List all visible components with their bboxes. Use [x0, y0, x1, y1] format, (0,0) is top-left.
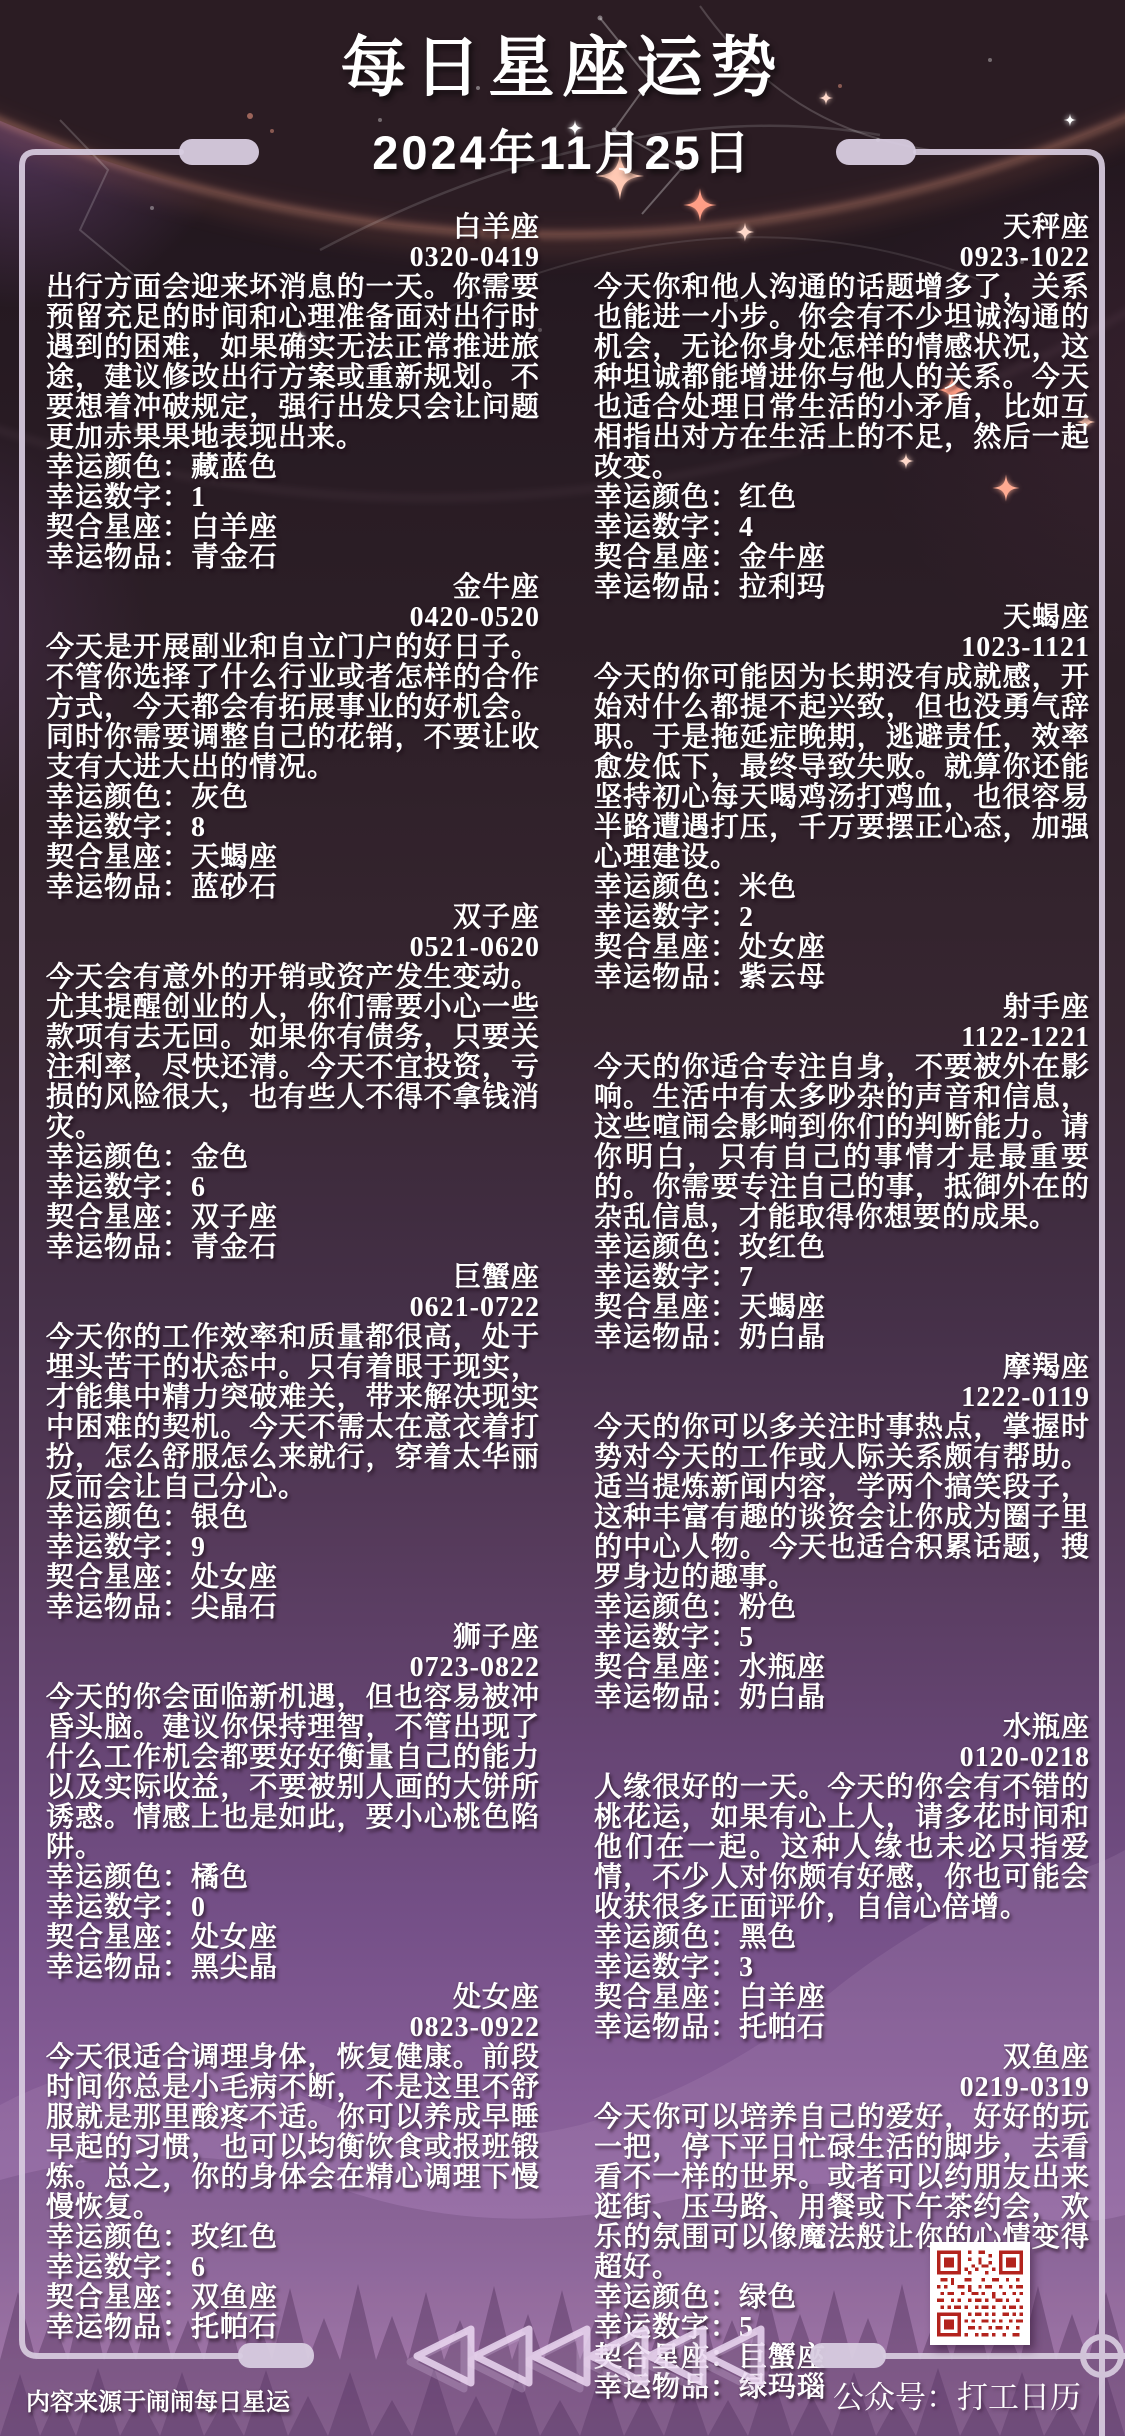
lucky-color-line: 幸运颜色：红色 [594, 483, 1090, 513]
lucky-item-line: 幸运物品：奶白晶 [594, 1683, 1090, 1713]
zodiac-fortune-text: 今天很适合调理身体，恢复健康。前段时间你总是小毛病不断，不是这里不舒服就是那里酸… [46, 2043, 540, 2223]
lucky-item-line: 幸运物品：紫云母 [594, 963, 1090, 993]
lucky-item-value: 蓝砂石 [191, 872, 278, 903]
lucky-item-value: 奶白晶 [739, 1322, 826, 1353]
zodiac-name: 天秤座 [594, 213, 1090, 243]
lucky-item-value: 拉利玛 [739, 572, 826, 603]
lucky-number-value: 5 [739, 1622, 754, 1653]
match-sign-line: 契合星座：水瓶座 [594, 1653, 1090, 1683]
lucky-number-line: 幸运数字：0 [46, 1893, 540, 1923]
zodiac-section-cancer: 巨蟹座 0621-0722 今天你的工作效率和质量都很高，处于埋头苦干的状态中。… [46, 1263, 540, 1623]
lucky-item-label: 幸运物品： [594, 572, 739, 603]
lucky-item-value: 奶白晶 [739, 1682, 826, 1713]
lucky-item-value: 青金石 [191, 1232, 278, 1263]
match-sign-label: 契合星座： [594, 1982, 739, 2013]
lucky-color-value: 橘色 [191, 1862, 249, 1893]
lucky-item-line: 幸运物品：青金石 [46, 543, 540, 573]
lucky-number-value: 5 [739, 2312, 754, 2343]
match-sign-value: 双鱼座 [191, 2282, 278, 2313]
zodiac-section-taurus: 金牛座 0420-0520 今天是开展副业和自立门户的好日子。不管你选择了什么行… [46, 573, 540, 903]
match-sign-line: 契合星座：天蝎座 [46, 843, 540, 873]
lucky-color-label: 幸运颜色： [46, 1502, 191, 1533]
lucky-color-value: 绿色 [739, 2282, 797, 2313]
lucky-number-value: 2 [739, 902, 754, 933]
lucky-item-line: 幸运物品：拉利玛 [594, 573, 1090, 603]
lucky-color-value: 银色 [191, 1502, 249, 1533]
lucky-item-value: 托帕石 [739, 2012, 826, 2043]
footer-account-text: 公众号：打工日历 [833, 2372, 1081, 2417]
lucky-color-label: 幸运颜色： [46, 1862, 191, 1893]
lucky-color-line: 幸运颜色：粉色 [594, 1593, 1090, 1623]
lucky-item-value: 托帕石 [191, 2312, 278, 2343]
lucky-color-value: 玫红色 [191, 2222, 278, 2253]
match-sign-label: 契合星座： [594, 542, 739, 573]
qr-code [930, 2242, 1030, 2345]
zodiac-date-range: 0219-0319 [594, 2073, 1090, 2103]
match-sign-value: 处女座 [191, 1562, 278, 1593]
lucky-color-line: 幸运颜色：黑色 [594, 1923, 1090, 1953]
lucky-number-label: 幸运数字： [46, 482, 191, 513]
lucky-item-label: 幸运物品： [46, 2312, 191, 2343]
zodiac-name: 天蝎座 [594, 603, 1090, 633]
lucky-item-value: 绿玛瑙 [739, 2372, 826, 2403]
zodiac-fortune-text: 人缘很好的一天。今天的你会有不错的桃花运，如果有心上人，请多花时间和他们在一起。… [594, 1773, 1090, 1923]
match-sign-line: 契合星座：处女座 [46, 1563, 540, 1593]
lucky-number-line: 幸运数字：5 [594, 1623, 1090, 1653]
match-sign-line: 契合星座：双鱼座 [46, 2283, 540, 2313]
lucky-number-line: 幸运数字：4 [594, 513, 1090, 543]
zodiac-section-virgo: 处女座 0823-0922 今天很适合调理身体，恢复健康。前段时间你总是小毛病不… [46, 1983, 540, 2343]
match-sign-label: 契合星座： [46, 1202, 191, 1233]
lucky-item-value: 紫云母 [739, 962, 826, 993]
zodiac-section-aries: 白羊座 0320-0419 出行方面会迎来坏消息的一天。你需要预留充足的时间和心… [46, 213, 540, 573]
lucky-color-line: 幸运颜色：橘色 [46, 1863, 540, 1893]
lucky-color-line: 幸运颜色：玫红色 [594, 1233, 1090, 1263]
zodiac-fortune-text: 今天你和他人沟通的话题增多了，关系也能进一小步。你会有不少坦诚沟通的机会，无论你… [594, 273, 1090, 483]
zodiac-name: 双鱼座 [594, 2043, 1090, 2073]
lucky-color-value: 藏蓝色 [191, 452, 278, 483]
lucky-item-value: 黑尖晶 [191, 1952, 278, 1983]
lucky-number-label: 幸运数字： [594, 2312, 739, 2343]
zodiac-fortune-text: 今天的你会面临新机遇，但也容易被冲昏头脑。建议你保持理智，不管出现了什么工作机会… [46, 1683, 540, 1863]
lucky-color-label: 幸运颜色： [46, 2222, 191, 2253]
match-sign-value: 金牛座 [739, 542, 826, 573]
zodiac-date-range: 0823-0922 [46, 2013, 540, 2043]
zodiac-name: 金牛座 [46, 573, 540, 603]
zodiac-fortune-text: 出行方面会迎来坏消息的一天。你需要预留充足的时间和心理准备面对出行时遇到的困难，… [46, 273, 540, 453]
lucky-color-label: 幸运颜色： [594, 1922, 739, 1953]
lucky-color-label: 幸运颜色： [46, 452, 191, 483]
zodiac-name: 处女座 [46, 1983, 540, 2013]
match-sign-line: 契合星座：处女座 [594, 933, 1090, 963]
lucky-number-line: 幸运数字：8 [46, 813, 540, 843]
lucky-color-value: 米色 [739, 872, 797, 903]
match-sign-value: 双子座 [191, 1202, 278, 1233]
lucky-number-line: 幸运数字：9 [46, 1533, 540, 1563]
zodiac-section-libra: 天秤座 0923-1022 今天你和他人沟通的话题增多了，关系也能进一小步。你会… [594, 213, 1090, 603]
match-sign-label: 契合星座： [46, 512, 191, 543]
match-sign-line: 契合星座：处女座 [46, 1923, 540, 1953]
qr-code-pattern [937, 2249, 1023, 2338]
lucky-number-value: 0 [191, 1892, 206, 1923]
lucky-number-value: 7 [739, 1262, 754, 1293]
zodiac-date-range: 1023-1121 [594, 633, 1090, 663]
lucky-item-line: 幸运物品：奶白晶 [594, 1323, 1090, 1353]
zodiac-date-range: 0923-1022 [594, 243, 1090, 273]
zodiac-date-range: 0320-0419 [46, 243, 540, 273]
lucky-item-label: 幸运物品： [594, 2012, 739, 2043]
lucky-number-label: 幸运数字： [594, 1952, 739, 1983]
lucky-color-line: 幸运颜色：米色 [594, 873, 1090, 903]
zodiac-name: 白羊座 [46, 213, 540, 243]
match-sign-label: 契合星座： [46, 1922, 191, 1953]
lucky-number-value: 3 [739, 1952, 754, 1983]
left-column: 白羊座 0320-0419 出行方面会迎来坏消息的一天。你需要预留充足的时间和心… [46, 213, 540, 2343]
lucky-color-value: 粉色 [739, 1592, 797, 1623]
lucky-item-label: 幸运物品： [594, 1682, 739, 1713]
match-sign-value: 白羊座 [739, 1982, 826, 2013]
lucky-color-line: 幸运颜色：银色 [46, 1503, 540, 1533]
lucky-number-line: 幸运数字：6 [46, 2253, 540, 2283]
zodiac-date-range: 1122-1221 [594, 1023, 1090, 1053]
lucky-item-line: 幸运物品：青金石 [46, 1233, 540, 1263]
zodiac-section-sagittarius: 射手座 1122-1221 今天的你适合专注自身，不要被外在影响。生活中有太多吵… [594, 993, 1090, 1353]
lucky-number-label: 幸运数字： [46, 1532, 191, 1563]
zodiac-fortune-text: 今天会有意外的开销或资产发生变动。尤其提醒创业的人，你们需要小心一些款项有去无回… [46, 963, 540, 1143]
zodiac-section-leo: 狮子座 0723-0822 今天的你会面临新机遇，但也容易被冲昏头脑。建议你保持… [46, 1623, 540, 1983]
zodiac-name: 摩羯座 [594, 1353, 1090, 1383]
lucky-item-label: 幸运物品： [46, 872, 191, 903]
match-sign-value: 巨蟹座 [739, 2342, 826, 2373]
match-sign-label: 契合星座： [594, 1652, 739, 1683]
lucky-item-value: 尖晶石 [191, 1592, 278, 1623]
zodiac-date-range: 0521-0620 [46, 933, 540, 963]
lucky-item-label: 幸运物品： [594, 962, 739, 993]
match-sign-line: 契合星座：白羊座 [594, 1983, 1090, 2013]
match-sign-value: 白羊座 [191, 512, 278, 543]
lucky-color-line: 幸运颜色：藏蓝色 [46, 453, 540, 483]
lucky-color-line: 幸运颜色：金色 [46, 1143, 540, 1173]
match-sign-label: 契合星座： [594, 2342, 739, 2373]
lucky-color-label: 幸运颜色： [594, 482, 739, 513]
lucky-color-label: 幸运颜色： [46, 782, 191, 813]
match-sign-label: 契合星座： [46, 2282, 191, 2313]
lucky-number-line: 幸运数字：3 [594, 1953, 1090, 1983]
match-sign-label: 契合星座： [594, 932, 739, 963]
lucky-color-value: 金色 [191, 1142, 249, 1173]
lucky-number-value: 6 [191, 2252, 206, 2283]
zodiac-fortune-text: 今天你的工作效率和质量都很高，处于埋头苦干的状态中。只有着眼于现实，才能集中精力… [46, 1323, 540, 1503]
zodiac-date-range: 0120-0218 [594, 1743, 1090, 1773]
lucky-item-label: 幸运物品： [46, 542, 191, 573]
zodiac-fortune-text: 今天的你可以多关注时事热点，掌握时势对今天的工作或人际关系颇有帮助。适当提炼新闻… [594, 1413, 1090, 1593]
zodiac-section-capricorn: 摩羯座 1222-0119 今天的你可以多关注时事热点，掌握时势对今天的工作或人… [594, 1353, 1090, 1713]
lucky-number-label: 幸运数字： [594, 1622, 739, 1653]
match-sign-value: 天蝎座 [191, 842, 278, 873]
lucky-number-label: 幸运数字： [594, 902, 739, 933]
lucky-color-value: 红色 [739, 482, 797, 513]
match-sign-line: 契合星座：双子座 [46, 1203, 540, 1233]
zodiac-name: 巨蟹座 [46, 1263, 540, 1293]
lucky-item-label: 幸运物品： [46, 1952, 191, 1983]
page-title: 每日星座运势 [0, 14, 1125, 109]
lucky-number-label: 幸运数字： [46, 812, 191, 843]
match-sign-label: 契合星座： [46, 842, 191, 873]
lucky-color-value: 黑色 [739, 1922, 797, 1953]
lucky-color-label: 幸运颜色： [594, 872, 739, 903]
lucky-number-label: 幸运数字： [46, 1892, 191, 1923]
lucky-number-line: 幸运数字：6 [46, 1173, 540, 1203]
lucky-item-value: 青金石 [191, 542, 278, 573]
lucky-color-label: 幸运颜色： [46, 1142, 191, 1173]
lucky-item-label: 幸运物品： [46, 1592, 191, 1623]
zodiac-name: 射手座 [594, 993, 1090, 1023]
lucky-number-label: 幸运数字： [594, 512, 739, 543]
lucky-item-label: 幸运物品： [46, 1232, 191, 1263]
lucky-number-line: 幸运数字：1 [46, 483, 540, 513]
lucky-color-value: 玫红色 [739, 1232, 826, 1263]
match-sign-value: 处女座 [191, 1922, 278, 1953]
zodiac-date-range: 0723-0822 [46, 1653, 540, 1683]
zodiac-section-scorpio: 天蝎座 1023-1121 今天的你可能因为长期没有成就感，开始对什么都提不起兴… [594, 603, 1090, 993]
lucky-item-line: 幸运物品：尖晶石 [46, 1593, 540, 1623]
lucky-item-label: 幸运物品： [594, 1322, 739, 1353]
match-sign-value: 天蝎座 [739, 1292, 826, 1323]
zodiac-date-range: 1222-0119 [594, 1383, 1090, 1413]
lucky-item-line: 幸运物品：托帕石 [46, 2313, 540, 2343]
zodiac-name: 狮子座 [46, 1623, 540, 1653]
lucky-number-value: 8 [191, 812, 206, 843]
lucky-color-value: 灰色 [191, 782, 249, 813]
zodiac-section-pisces: 双鱼座 0219-0319 今天你可以培养自己的爱好，好好的玩一把，停下平日忙碌… [594, 2043, 1090, 2403]
lucky-item-line: 幸运物品：黑尖晶 [46, 1953, 540, 1983]
lucky-color-line: 幸运颜色：灰色 [46, 783, 540, 813]
lucky-color-line: 幸运颜色：玫红色 [46, 2223, 540, 2253]
match-sign-label: 契合星座： [594, 1292, 739, 1323]
right-column: 天秤座 0923-1022 今天你和他人沟通的话题增多了，关系也能进一小步。你会… [594, 213, 1090, 2403]
lucky-number-value: 1 [191, 482, 206, 513]
lucky-number-value: 4 [739, 512, 754, 543]
zodiac-fortune-text: 今天的你可能因为长期没有成就感，开始对什么都提不起兴致，但也没勇气辞职。于是拖延… [594, 663, 1090, 873]
zodiac-name: 水瓶座 [594, 1713, 1090, 1743]
lucky-number-value: 9 [191, 1532, 206, 1563]
lucky-number-label: 幸运数字： [46, 2252, 191, 2283]
lucky-color-label: 幸运颜色： [594, 2282, 739, 2313]
zodiac-name: 双子座 [46, 903, 540, 933]
zodiac-fortune-text: 今天是开展副业和自立门户的好日子。不管你选择了什么行业或者怎样的合作方式，今天都… [46, 633, 540, 783]
lucky-number-label: 幸运数字： [46, 1172, 191, 1203]
lucky-number-line: 幸运数字：7 [594, 1263, 1090, 1293]
match-sign-line: 契合星座：天蝎座 [594, 1293, 1090, 1323]
horoscope-poster: 每日星座运势 2024年11月25日 白羊座 0320-0419 出行方面会迎来… [0, 0, 1125, 2436]
zodiac-date-range: 0621-0722 [46, 1293, 540, 1323]
match-sign-line: 契合星座：金牛座 [594, 543, 1090, 573]
footer-source-text: 内容来源于闹闹每日星运 [26, 2382, 290, 2417]
page-date: 2024年11月25日 [0, 116, 1125, 183]
match-sign-label: 契合星座： [46, 1562, 191, 1593]
match-sign-line: 契合星座：白羊座 [46, 513, 540, 543]
lucky-item-line: 幸运物品：蓝砂石 [46, 873, 540, 903]
lucky-color-label: 幸运颜色： [594, 1592, 739, 1623]
lucky-item-label: 幸运物品： [594, 2372, 739, 2403]
lucky-color-label: 幸运颜色： [594, 1232, 739, 1263]
match-sign-line: 契合星座：巨蟹座 [594, 2343, 1090, 2373]
lucky-number-value: 6 [191, 1172, 206, 1203]
lucky-number-label: 幸运数字： [594, 1262, 739, 1293]
zodiac-fortune-text: 今天的你适合专注自身，不要被外在影响。生活中有太多吵杂的声音和信息，这些喧闹会影… [594, 1053, 1090, 1233]
zodiac-section-aquarius: 水瓶座 0120-0218 人缘很好的一天。今天的你会有不错的桃花运，如果有心上… [594, 1713, 1090, 2043]
lucky-item-line: 幸运物品：托帕石 [594, 2013, 1090, 2043]
match-sign-value: 处女座 [739, 932, 826, 963]
zodiac-date-range: 0420-0520 [46, 603, 540, 633]
match-sign-value: 水瓶座 [739, 1652, 826, 1683]
zodiac-section-gemini: 双子座 0521-0620 今天会有意外的开销或资产发生变动。尤其提醒创业的人，… [46, 903, 540, 1263]
lucky-number-line: 幸运数字：2 [594, 903, 1090, 933]
